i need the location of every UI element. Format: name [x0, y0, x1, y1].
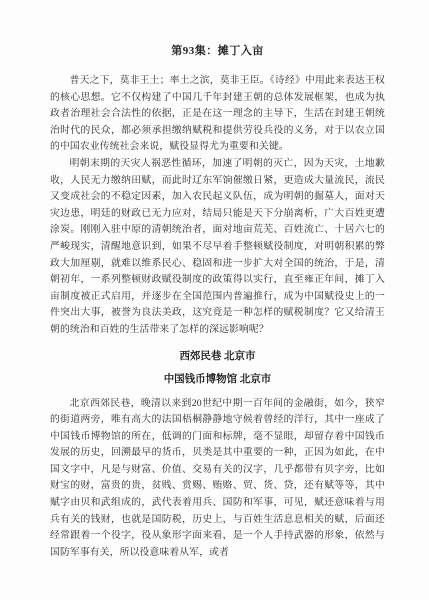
paragraph-coin-museum: 北京西郊民巷，晚清以来到20世纪中期一百年间的金融街，如今，狭窄的街道两旁，唯有…: [50, 396, 385, 562]
page-title: 第93集：摊丁入亩: [50, 42, 385, 58]
paragraph-intro: 普天之下，莫非王土；率土之滨，莫非王臣。《诗经》中用此来表达王权的核心思想。它不…: [50, 73, 385, 156]
location-heading-coin-museum: 中国钱币博物馆 北京市: [50, 368, 385, 391]
paragraph-ming-qing-history: 明朝末期的天灾人祸恶性循环，加速了明朝的灭亡，因为天灾，土地歉收，人民无力缴纳田…: [50, 156, 385, 339]
document-page: 第93集：摊丁入亩 普天之下，莫非王土；率土之滨，莫非王臣。《诗经》中用此来表达…: [0, 0, 429, 600]
location-heading-xijiaominxiang: 西郊民巷 北京市: [50, 345, 385, 368]
location-headings: 西郊民巷 北京市 中国钱币博物馆 北京市: [50, 345, 385, 391]
